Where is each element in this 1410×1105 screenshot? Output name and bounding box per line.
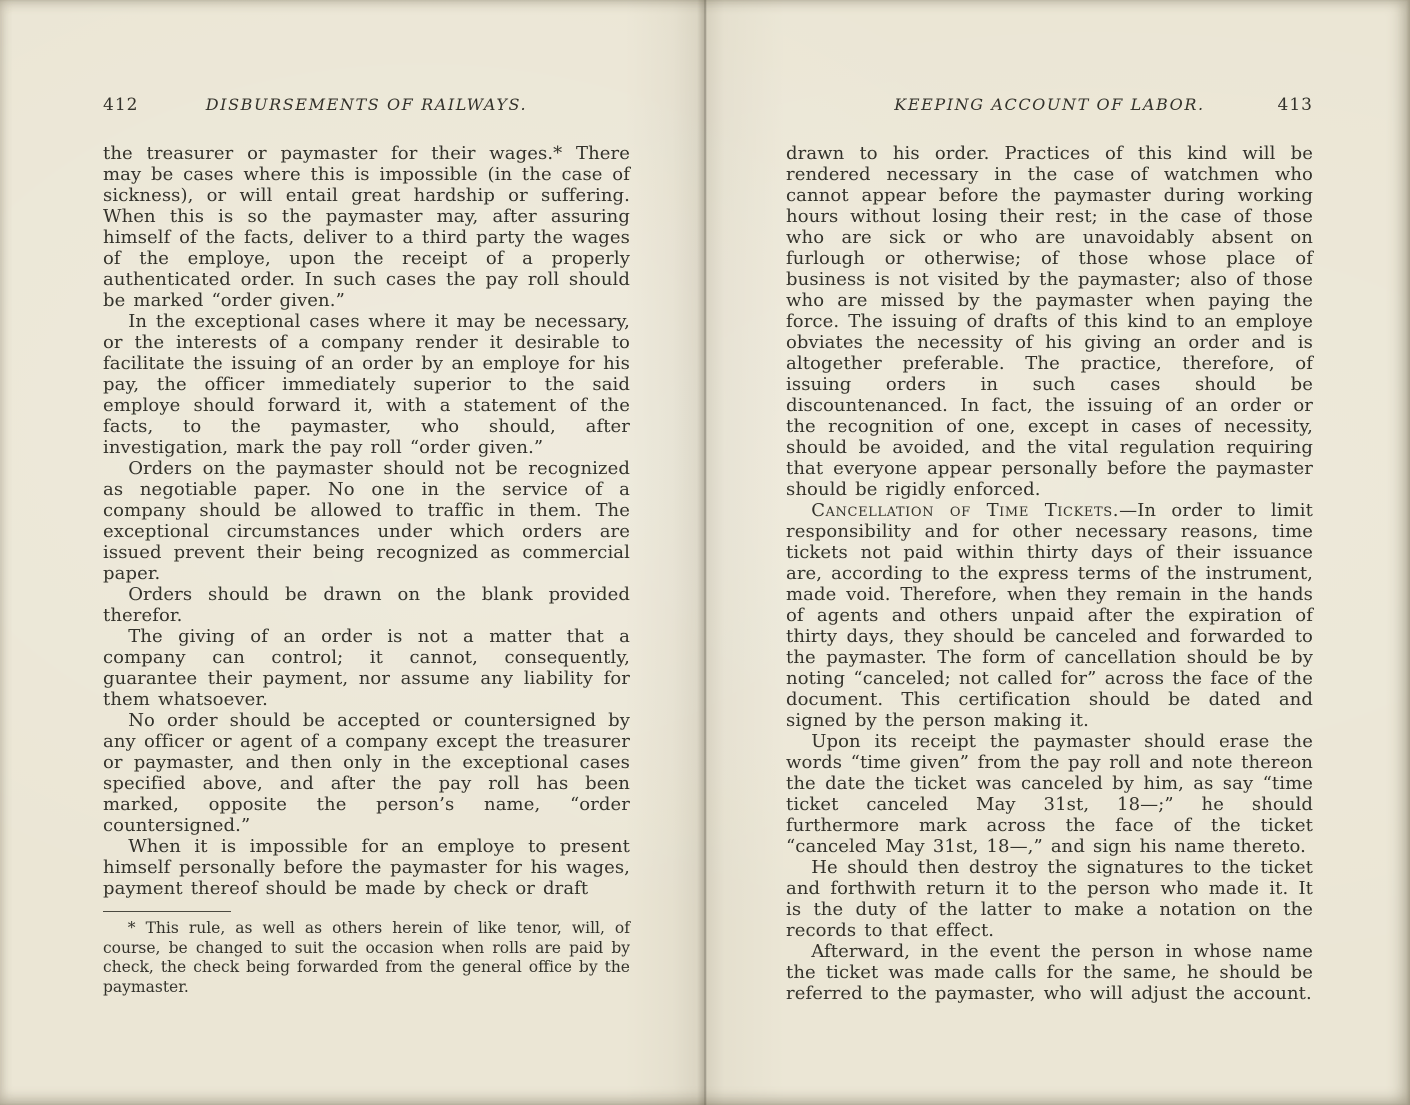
page-body: drawn to his order. Practices of this ki… (786, 143, 1313, 1004)
footnote-text: * This rule, as well as others herein of… (103, 919, 630, 997)
footnote-rule (103, 911, 231, 912)
paragraph: the treasurer or paymaster for their wag… (103, 143, 630, 311)
paragraph: The giving of an order is not a matter t… (103, 626, 630, 710)
running-head-right: KEEPING ACCOUNT OF LABOR. 413 (786, 95, 1313, 119)
page-right: KEEPING ACCOUNT OF LABOR. 413 drawn to h… (786, 95, 1313, 1004)
page-body: the treasurer or paymaster for their wag… (103, 143, 630, 899)
running-head-title: KEEPING ACCOUNT OF LABOR. (894, 95, 1204, 114)
paragraph: drawn to his order. Practices of this ki… (786, 143, 1313, 500)
paragraph: Orders should be drawn on the blank prov… (103, 584, 630, 626)
paragraph: When it is impossible for an employe to … (103, 836, 630, 899)
book-gutter-shadow (625, 0, 785, 1105)
footnote: * This rule, as well as others herein of… (103, 911, 630, 997)
paragraph-with-heading: Cancellation of Time Tickets.—In order t… (786, 500, 1313, 731)
section-heading: Cancellation of Time Tickets. (811, 500, 1119, 521)
paragraph: In the exceptional cases where it may be… (103, 311, 630, 458)
running-head-title: DISBURSEMENTS OF RAILWAYS. (206, 95, 527, 114)
page-number: 413 (1278, 95, 1313, 115)
paragraph: Orders on the paymaster should not be re… (103, 458, 630, 584)
page-number: 412 (103, 95, 138, 115)
paragraph: No order should be accepted or countersi… (103, 710, 630, 836)
page-left: 412 DISBURSEMENTS OF RAILWAYS. the treas… (103, 95, 630, 997)
paragraph-text: —In order to limit responsibility and fo… (786, 500, 1313, 731)
paragraph: Afterward, in the event the person in wh… (786, 941, 1313, 1004)
book-spread: 412 DISBURSEMENTS OF RAILWAYS. the treas… (0, 0, 1410, 1105)
running-head-left: 412 DISBURSEMENTS OF RAILWAYS. (103, 95, 630, 119)
paragraph: Upon its receipt the paymaster should er… (786, 731, 1313, 857)
paragraph: He should then destroy the signatures to… (786, 857, 1313, 941)
